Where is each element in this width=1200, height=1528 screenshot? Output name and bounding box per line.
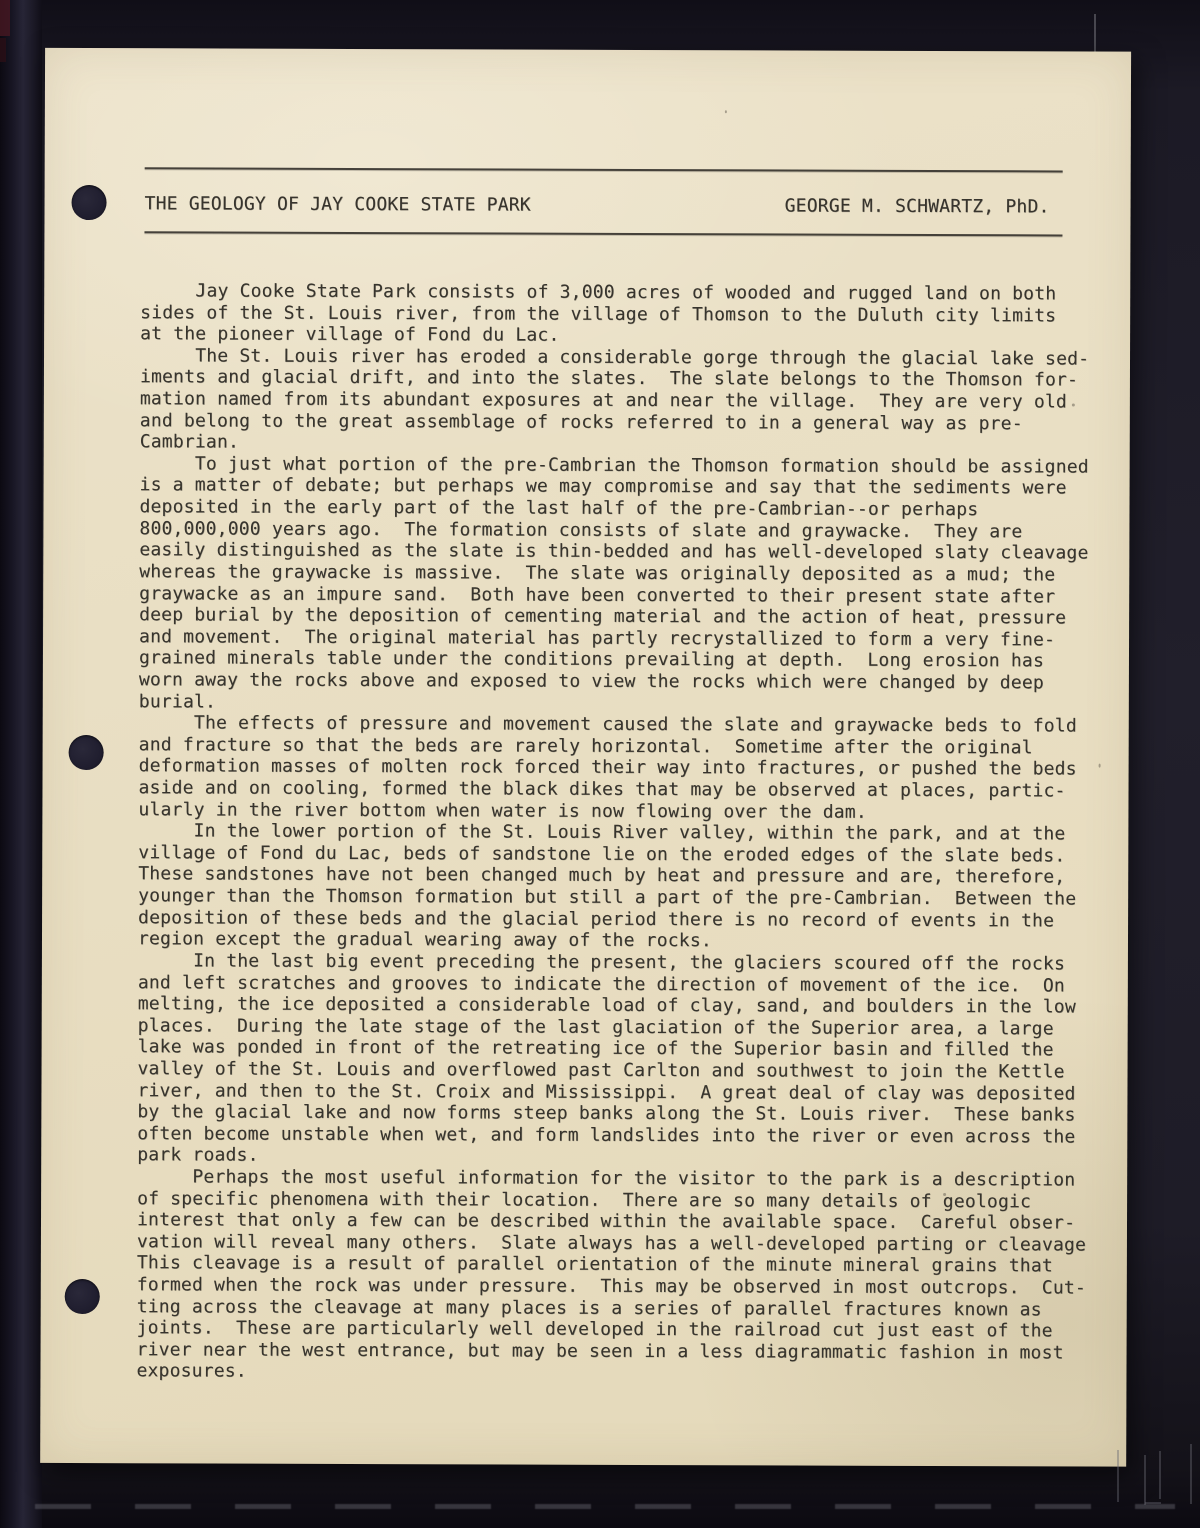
film-scratch: [1144, 1455, 1146, 1505]
text-line: and belong to the great assemblage of ro…: [140, 410, 1120, 435]
film-edge-mark: [0, 38, 6, 62]
ink-speck: [1099, 764, 1101, 768]
text-line: deep burial by the deposition of cementi…: [139, 604, 1119, 629]
text-line: exposures.: [136, 1361, 1116, 1386]
film-scratch: [1094, 14, 1096, 56]
ink-speck: [943, 1193, 946, 1196]
film-scratch: [1159, 1451, 1161, 1499]
text-line: The effects of pressure and movement cau…: [139, 712, 1119, 737]
text-line: melting, the ice deposited a considerabl…: [138, 993, 1118, 1018]
text-line: In the last big event preceding the pres…: [138, 950, 1118, 975]
text-line: often become unstable when wet, and form…: [137, 1123, 1117, 1148]
document-author: GEORGE M. SCHWARTZ, PhD.: [785, 194, 1063, 219]
film-edge-mark: [0, 0, 10, 36]
text-line: at the pioneer village of Fond du Lac.: [140, 323, 1120, 348]
header-rule-bottom: [144, 231, 1062, 236]
binding-shadow: [0, 0, 42, 1528]
ink-speck: [725, 110, 727, 113]
paper-sheet: THE GEOLOGY OF JAY COOKE STATE PARK GEOR…: [40, 48, 1131, 1467]
header-rule-top: [145, 167, 1063, 172]
text-line: valley of the St. Louis and overflowed p…: [138, 1058, 1118, 1083]
text-line: interest that only a few can be describe…: [137, 1209, 1117, 1234]
hole-punch-middle: [69, 735, 104, 770]
text-line: deposited in the early part of the last …: [139, 496, 1119, 521]
text-line: river near the west entrance, but may be…: [137, 1339, 1117, 1364]
ink-speck: [1072, 403, 1075, 406]
film-scratch: [1190, 1444, 1192, 1504]
text-line: aside and on cooling, formed the black d…: [138, 777, 1118, 802]
text-line: younger than the Thomson formation but s…: [138, 885, 1118, 910]
text-line: formed when the rock was under pressure.…: [137, 1274, 1117, 1299]
text-line: worn away the rocks above and exposed to…: [139, 669, 1119, 694]
hole-punch-top: [72, 185, 107, 220]
scanned-page: THE GEOLOGY OF JAY COOKE STATE PARK GEOR…: [0, 0, 1200, 1528]
film-scratch: [1145, 1502, 1161, 1504]
text-line: by the glacial lake and now forms steep …: [137, 1101, 1117, 1126]
film-scratch: [1117, 1450, 1119, 1502]
film-frame-marks: [35, 1504, 1175, 1509]
text-line: whereas the graywacke is massive. The sl…: [139, 561, 1119, 586]
text-line: Perhaps the most useful information for …: [137, 1166, 1117, 1191]
text-line: mation named from its abundant exposures…: [140, 388, 1120, 413]
document-header: THE GEOLOGY OF JAY COOKE STATE PARK GEOR…: [145, 192, 1063, 219]
document-body: Jay Cooke State Park consists of 3,000 a…: [136, 280, 1120, 1385]
document-title: THE GEOLOGY OF JAY COOKE STATE PARK: [145, 192, 531, 217]
text-line: Jay Cooke State Park consists of 3,000 a…: [140, 280, 1120, 305]
hole-punch-bottom: [65, 1279, 100, 1314]
